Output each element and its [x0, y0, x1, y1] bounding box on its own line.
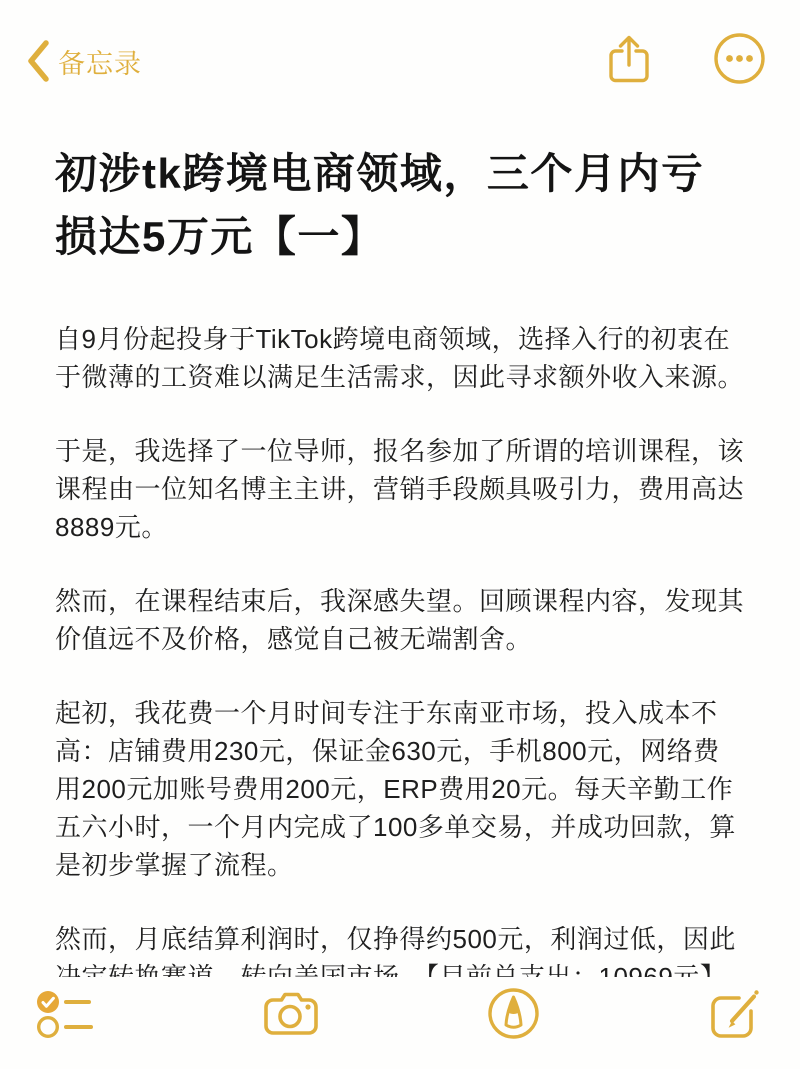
note-body: 自9月份起投身于TikTok跨境电商领域，选择入行的初衷在于微薄的工资难以满足生… — [55, 320, 745, 996]
markup-button[interactable] — [487, 987, 540, 1045]
note-editor[interactable]: 初涉tk跨境电商领域，三个月内亏损达5万元【一】 自9月份起投身于TikTok跨… — [0, 142, 800, 996]
notes-app-screen: 备忘录 初涉tk跨境电商领域， — [0, 0, 800, 1069]
bottom-toolbar — [0, 977, 800, 1069]
ellipsis-circle-icon — [713, 32, 766, 90]
note-paragraph: 于是，我选择了一位导师，报名参加了所谓的培训课程，该课程由一位知名博主主讲，营销… — [55, 432, 745, 546]
compose-button[interactable] — [708, 987, 762, 1046]
compose-icon — [708, 987, 762, 1046]
share-button[interactable] — [607, 34, 651, 89]
camera-button[interactable] — [262, 991, 320, 1042]
note-title: 初涉tk跨境电商领域，三个月内亏损达5万元【一】 — [55, 142, 745, 268]
checklist-icon — [36, 990, 94, 1043]
note-paragraph: 起初，我花费一个月时间专注于东南亚市场，投入成本不高：店铺费用230元，保证金6… — [55, 694, 745, 884]
share-icon — [607, 34, 651, 89]
more-options-button[interactable] — [713, 32, 766, 90]
note-paragraph: 自9月份起投身于TikTok跨境电商领域，选择入行的初衷在于微薄的工资难以满足生… — [55, 320, 745, 396]
back-button[interactable]: 备忘录 — [26, 39, 142, 83]
note-paragraph: 然而，在课程结束后，我深感失望。回顾课程内容，发现其价值远不及价格，感觉自己被无… — [55, 582, 745, 658]
camera-icon — [262, 991, 320, 1042]
chevron-left-icon — [26, 39, 50, 83]
markup-icon — [487, 987, 540, 1045]
back-button-label: 备忘录 — [58, 42, 142, 81]
nav-bar: 备忘录 — [0, 0, 800, 88]
checklist-button[interactable] — [36, 990, 94, 1043]
